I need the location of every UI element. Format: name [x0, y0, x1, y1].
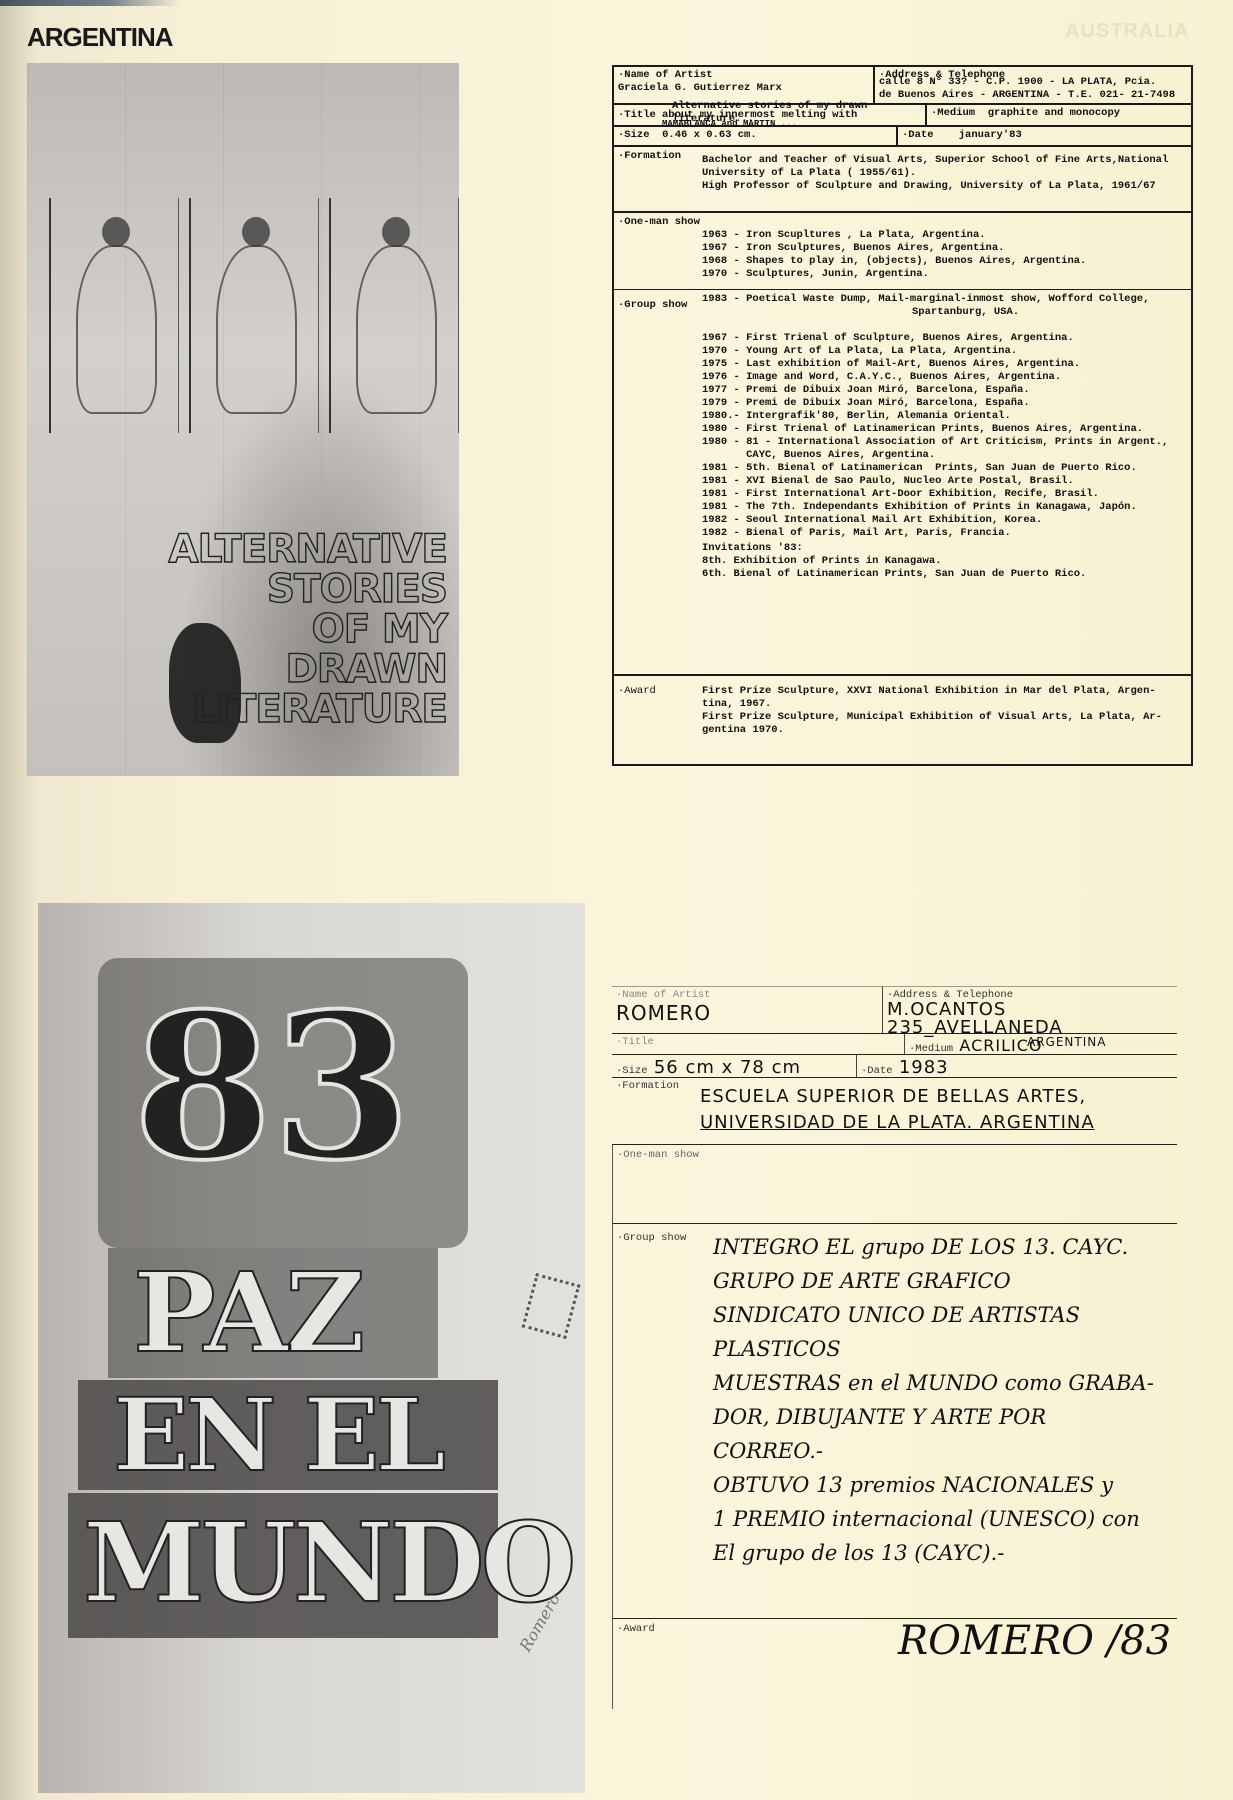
artwork-word: PAZ [133, 1253, 361, 1373]
list-item: CAYC, Buenos Aires, Argentina. [702, 449, 1187, 462]
figure-panel [329, 198, 459, 433]
list-item: 1979 - Premi de Dibuix Joan Miró, Barcel… [702, 397, 1187, 410]
one-man-show-section: ·One-man show [612, 1145, 1177, 1224]
artwork-paz-en-el-mundo: 83 PAZ EN EL MUNDO Romero [38, 903, 585, 1793]
list-item: 1967 - First Trienal of Sculpture, Bueno… [702, 332, 1187, 345]
address-field: ·Address & Telephone M.OCANTOS 235_AVELL… [882, 987, 1177, 1033]
handwritten-signature: ROMERO /83 [898, 1624, 1171, 1658]
list-item: 1981 - 5th. Bienal of Latinamerican Prin… [702, 462, 1187, 475]
list-item: 6th. Bienal of Latinamerican Prints, San… [702, 568, 1187, 581]
list-item: OBTUVO 13 premios NACIONALES y [713, 1468, 1177, 1502]
list-item: 1976 - Image and Word, C.A.Y.C., Buenos … [702, 371, 1187, 384]
stamp-mark [522, 1273, 581, 1339]
list-item: 1982 - Bienal of Paris, Mail Art, Paris,… [702, 527, 1187, 540]
size-field: ·Size 56 cm x 78 cm [612, 1055, 856, 1077]
list-item: INTEGRO EL grupo DE LOS 13. CAYC. [713, 1230, 1177, 1264]
section-title: ARGENTINA [27, 22, 173, 53]
artist-entry-romero: ·Name of Artist ROMERO ·Address & Teleph… [612, 986, 1177, 1709]
list-item: 1975 - Last exhibition of Mail-Art, Buen… [702, 358, 1187, 371]
award-section: ·Award First Prize Sculpture, XXVI Natio… [614, 676, 1191, 766]
list-item: 1981 - The 7th. Independants Exhibition … [702, 501, 1187, 514]
award-section: ·Award ROMERO /83 [612, 1619, 1177, 1709]
page-edge-shadow [0, 0, 180, 6]
list-item: 1983 - Poetical Waste Dump, Mail-margina… [702, 293, 1187, 306]
medium-field: ·Medium graphite and monocopy [925, 105, 1191, 125]
artist-entry-gutierrez-marx: ·Name of Artist Graciela G. Gutierrez Ma… [612, 65, 1193, 766]
list-item: SINDICATO UNICO DE ARTISTAS PLASTICOS [713, 1298, 1177, 1366]
list-item: 1 PREMIO internacional (UNESCO) con [713, 1502, 1177, 1536]
figure-panel [49, 198, 179, 433]
list-item: El grupo de los 13 (CAYC).- [713, 1536, 1177, 1570]
list-item: 1970 - Sculptures, Junin, Argentina. [702, 268, 1187, 281]
artist-name: ROMERO [616, 1001, 878, 1025]
group-show-section: ·Group show INTEGRO EL grupo DE LOS 13. … [612, 1224, 1177, 1619]
list-item: 1967 - Iron Sculptures, Buenos Aires, Ar… [702, 242, 1187, 255]
list-item: 1970 - Young Art of La Plata, La Plata, … [702, 345, 1187, 358]
list-item: DOR, DIBUJANTE Y ARTE POR [713, 1400, 1177, 1434]
title-field: Alternative stories of my drawn literatu… [614, 105, 925, 125]
list-item: 1982 - Seoul International Mail Art Exhi… [702, 514, 1187, 527]
address-line: de Buenos Aires - ARGENTINA - T.E. 021- … [879, 89, 1187, 102]
address-field: ·Address & Telephone calle 8 N° 33? - C.… [873, 67, 1191, 103]
list-item: 1981 - First International Art-Door Exhi… [702, 488, 1187, 501]
figure-panel [189, 198, 319, 433]
artwork-number: 83 [133, 988, 411, 1188]
list-item: 1977 - Premi de Dibuix Joan Miró, Barcel… [702, 384, 1187, 397]
list-item: CORREO.- [713, 1434, 1177, 1468]
list-item: 1980.- Intergrafik'80, Berlin, Alemania … [702, 410, 1187, 423]
artwork-word: MUNDO [83, 1503, 572, 1623]
artwork-word: EN EL [113, 1383, 442, 1488]
list-item: 1980 - First Trienal of Latinamerican Pr… [702, 423, 1187, 436]
list-item: 1963 - Iron Scupltures , La Plata, Argen… [702, 229, 1187, 242]
list-item: 1980 - 81 - International Association of… [702, 436, 1187, 449]
list-item: Invitations '83: [702, 542, 1187, 555]
group-show-section: ·Group show 1983 - Poetical Waste Dump, … [614, 290, 1191, 676]
artwork-alternative-stories: ALTERNATIVE STORIES OF MY DRAWN LITERATU… [27, 63, 459, 776]
date-field: ·Date 1983 [856, 1055, 1177, 1077]
title-field: ·Title [612, 1034, 904, 1054]
list-item: MUESTRAS en el MUNDO como GRABA- [713, 1366, 1177, 1400]
artwork-caption: ALTERNATIVE STORIES OF MY DRAWN LITERATU… [67, 530, 447, 730]
list-item: GRUPO DE ARTE GRAFICO [713, 1264, 1177, 1298]
artist-name: Graciela G. Gutierrez Marx [618, 82, 869, 95]
list-item: 8th. Exhibition of Prints in Kanagawa. [702, 555, 1187, 568]
bleed-through-title: AUSTRALIA [1065, 20, 1190, 43]
list-item: 1968 - Shapes to play in, (objects), Bue… [702, 255, 1187, 268]
name-field: ·Name of Artist Graciela G. Gutierrez Ma… [614, 67, 873, 103]
address-line: calle 8 N° 33? - C.P. 1900 - LA PLATA, P… [879, 76, 1187, 89]
formation-section: ·Formation Bachelor and Teacher of Visua… [614, 147, 1191, 213]
name-field: ·Name of Artist ROMERO [612, 987, 882, 1033]
size-field: ·Size 0.46 x 0.63 cm. [614, 127, 896, 145]
date-field: ·Date january'83 [896, 127, 1191, 145]
medium-field: ·Medium ACRILICO [904, 1034, 1177, 1054]
one-man-show-section: ·One-man show 1963 - Iron Scupltures , L… [614, 213, 1191, 290]
formation-section: ·Formation ESCUELA SUPERIOR DE BELLAS AR… [612, 1078, 1177, 1145]
list-item: 1981 - XVI Bienal de Sao Paulo, Nucleo A… [702, 475, 1187, 488]
figure-panels [49, 198, 459, 433]
